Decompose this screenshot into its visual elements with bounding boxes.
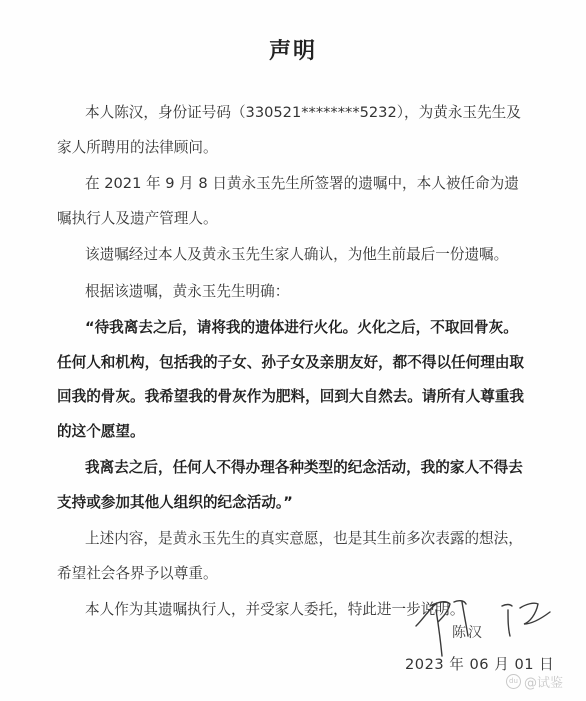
paragraph-quote-memorial: 我离去之后，任何人不得办理各种类型的纪念活动，我的家人不得去支持或参加其他人组织…	[57, 451, 532, 520]
document-title: 声明	[0, 34, 586, 65]
document-date: 2023 年 06 月 01 日	[405, 653, 554, 674]
signature-printed-name: 陈汉	[452, 622, 484, 642]
handwritten-signature: 陈汉	[408, 596, 558, 660]
paragraph-executor-appointment: 在 2021 年 9 月 8 日黄永玉先生所签署的遗嘱中，本人被任命为遗嘱执行人…	[57, 167, 532, 236]
paragraph-will-intro: 根据该遗嘱，黄永玉先生明确：	[57, 275, 532, 310]
paragraph-legal-counsel: 本人陈汉，身份证号码（330521********5232），为黄永玉先生及家人…	[57, 96, 532, 165]
watermark: du @试鉴	[506, 672, 563, 691]
paragraph-quote-cremation: “待我离去之后，请将我的遗体进行火化。火化之后，不取回骨灰。任何人和机构，包括我…	[57, 311, 532, 449]
paragraph-will-confirmation: 该遗嘱经过本人及黄永玉先生家人确认，为他生前最后一份遗嘱。	[57, 238, 532, 273]
document-body: 本人陈汉，身份证号码（330521********5232），为黄永玉先生及家人…	[57, 96, 532, 630]
paragraph-request-respect: 上述内容，是黄永玉先生的真实意愿，也是其生前多次表露的想法，希望社会各界予以尊重…	[57, 522, 532, 591]
watermark-text: @试鉴	[524, 672, 563, 691]
document-page: 声明 本人陈汉，身份证号码（330521********5232），为黄永玉先生…	[0, 0, 586, 701]
baidu-paw-icon: du	[506, 674, 521, 689]
